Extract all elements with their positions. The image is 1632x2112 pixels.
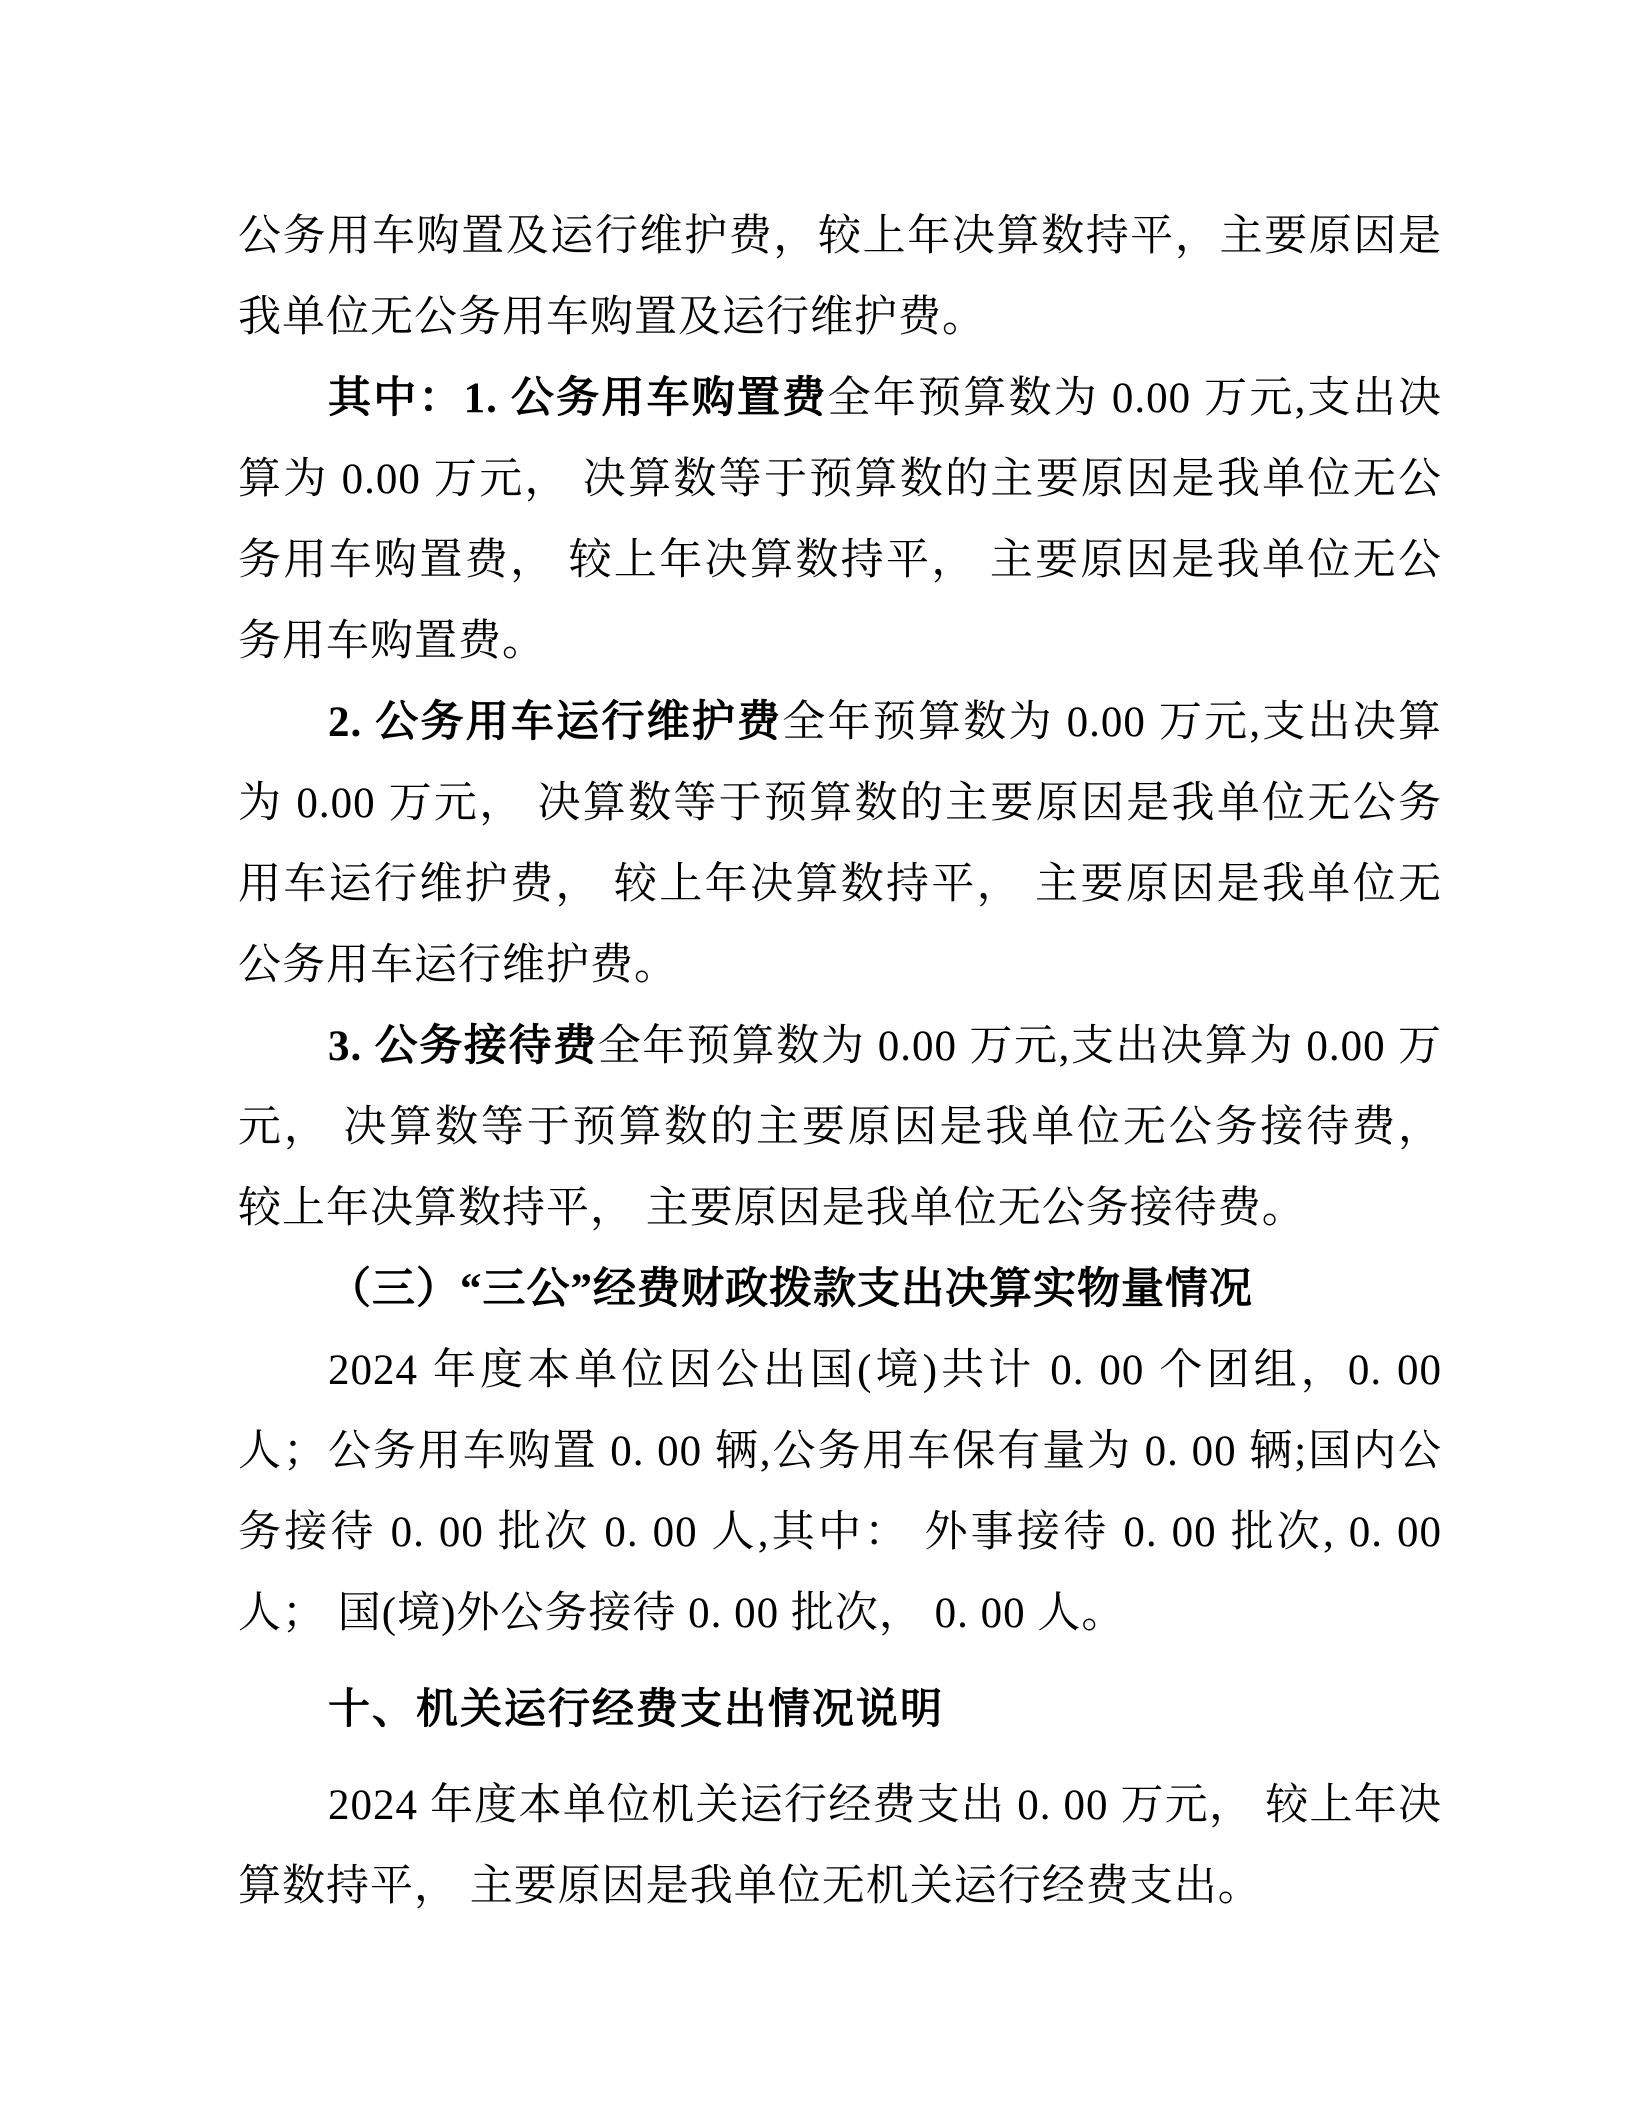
heading-section-three-physical-quantity: （三）“三公”经费财政拨款支出决算实物量情况 bbox=[238, 1249, 1442, 1330]
paragraph-item-2-vehicle-maintenance: 2. 公务用车运行维护费全年预算数为 0.00 万元,支出决算为 0.00 万元… bbox=[238, 682, 1442, 1006]
heading-section-ten-operating-expense: 十、机关运行经费支出情况说明 bbox=[238, 1668, 1442, 1749]
paragraph-physical-quantity: 2024 年度本单位因公出国(境)共计 0. 00 个团组，0. 00 人；公务… bbox=[238, 1330, 1442, 1654]
paragraph-operating-expense: 2024 年度本单位机关运行经费支出 0. 00 万元， 较上年决算数持平， 主… bbox=[238, 1765, 1442, 1927]
item-1-bold-lead: 其中：1. 公务用车购置费 bbox=[328, 375, 828, 422]
document-page: 公务用车购置及运行维护费，较上年决算数持平，主要原因是我单位无公务用车购置及运行… bbox=[0, 0, 1632, 2112]
paragraph-item-1-vehicle-purchase: 其中：1. 公务用车购置费全年预算数为 0.00 万元,支出决算为 0.00 万… bbox=[238, 358, 1442, 682]
paragraph-carryover: 公务用车购置及运行维护费，较上年决算数持平，主要原因是我单位无公务用车购置及运行… bbox=[238, 196, 1442, 358]
item-3-bold-lead: 3. 公务接待费 bbox=[328, 1023, 598, 1070]
paragraph-item-3-official-reception: 3. 公务接待费全年预算数为 0.00 万元,支出决算为 0.00 万元， 决算… bbox=[238, 1006, 1442, 1249]
item-2-bold-lead: 2. 公务用车运行维护费 bbox=[328, 699, 782, 746]
